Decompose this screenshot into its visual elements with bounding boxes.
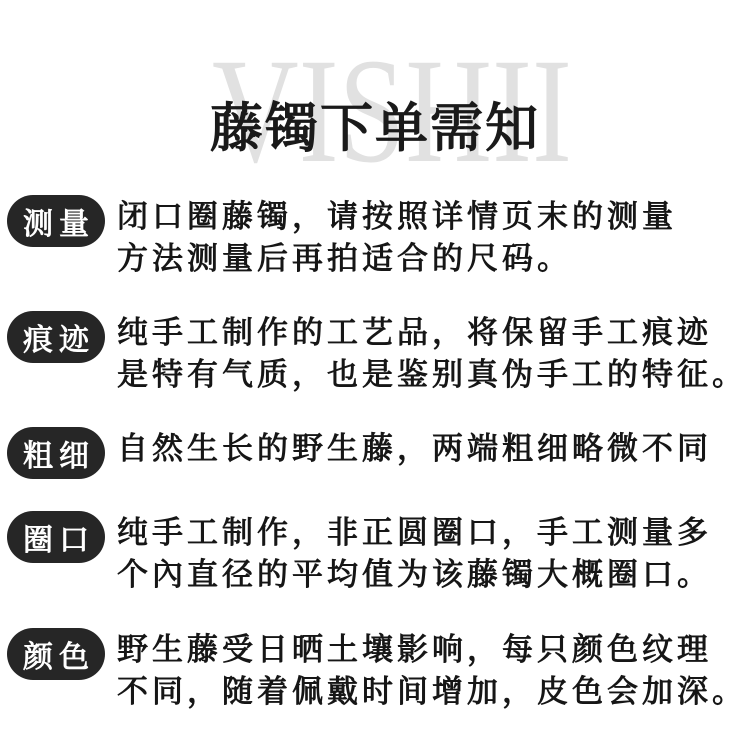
ring-size-text: 纯手工制作，非正圆圈口，手工测量多 个內直径的平均值为该藤镯大概圈口。 — [117, 511, 750, 596]
color-badge: 颜色 — [7, 628, 105, 680]
page-title: 藤镯下单需知 — [0, 98, 750, 160]
color-text-line-1: 野生藤受日晒土壤影响，每只颜色纹理 — [117, 629, 750, 671]
measurement-text-line-1: 闭口圈藤镯，请按照详情页末的测量 — [117, 196, 750, 238]
section-traces: 痕迹 纯手工制作的工艺品，将保留手工痕迹 是特有气质，也是鉴别真伪手工的特征。 — [7, 311, 750, 396]
thickness-text-line-1: 自然生长的野生藤，两端粗细略微不同 — [117, 428, 750, 470]
measurement-badge: 测量 — [7, 195, 105, 247]
measurement-text-line-2: 方法测量后再拍适合的尺码。 — [117, 238, 750, 280]
section-measurement: 测量 闭口圈藤镯，请按照详情页末的测量 方法测量后再拍适合的尺码。 — [7, 195, 750, 280]
ring-size-text-line-2: 个內直径的平均值为该藤镯大概圈口。 — [117, 554, 750, 596]
traces-text-line-1: 纯手工制作的工艺品，将保留手工痕迹 — [117, 312, 750, 354]
traces-text: 纯手工制作的工艺品，将保留手工痕迹 是特有气质，也是鉴别真伪手工的特征。 — [117, 311, 750, 396]
section-ring-size: 圈口 纯手工制作，非正圆圈口，手工测量多 个內直径的平均值为该藤镯大概圈口。 — [7, 511, 750, 596]
ring-size-text-line-1: 纯手工制作，非正圆圈口，手工测量多 — [117, 512, 750, 554]
section-color: 颜色 野生藤受日晒土壤影响，每只颜色纹理 不同，随着佩戴时间增加，皮色会加深。 — [7, 628, 750, 713]
section-thickness: 粗细 自然生长的野生藤，两端粗细略微不同 — [7, 427, 750, 479]
color-text: 野生藤受日晒土壤影响，每只颜色纹理 不同，随着佩戴时间增加，皮色会加深。 — [117, 628, 750, 713]
color-text-line-2: 不同，随着佩戴时间增加，皮色会加深。 — [117, 671, 750, 713]
traces-text-line-2: 是特有气质，也是鉴别真伪手工的特征。 — [117, 354, 750, 396]
thickness-badge: 粗细 — [7, 427, 105, 479]
measurement-text: 闭口圈藤镯，请按照详情页末的测量 方法测量后再拍适合的尺码。 — [117, 195, 750, 280]
ring-size-badge: 圈口 — [7, 511, 105, 563]
traces-badge: 痕迹 — [7, 311, 105, 363]
thickness-text: 自然生长的野生藤，两端粗细略微不同 — [117, 427, 750, 470]
